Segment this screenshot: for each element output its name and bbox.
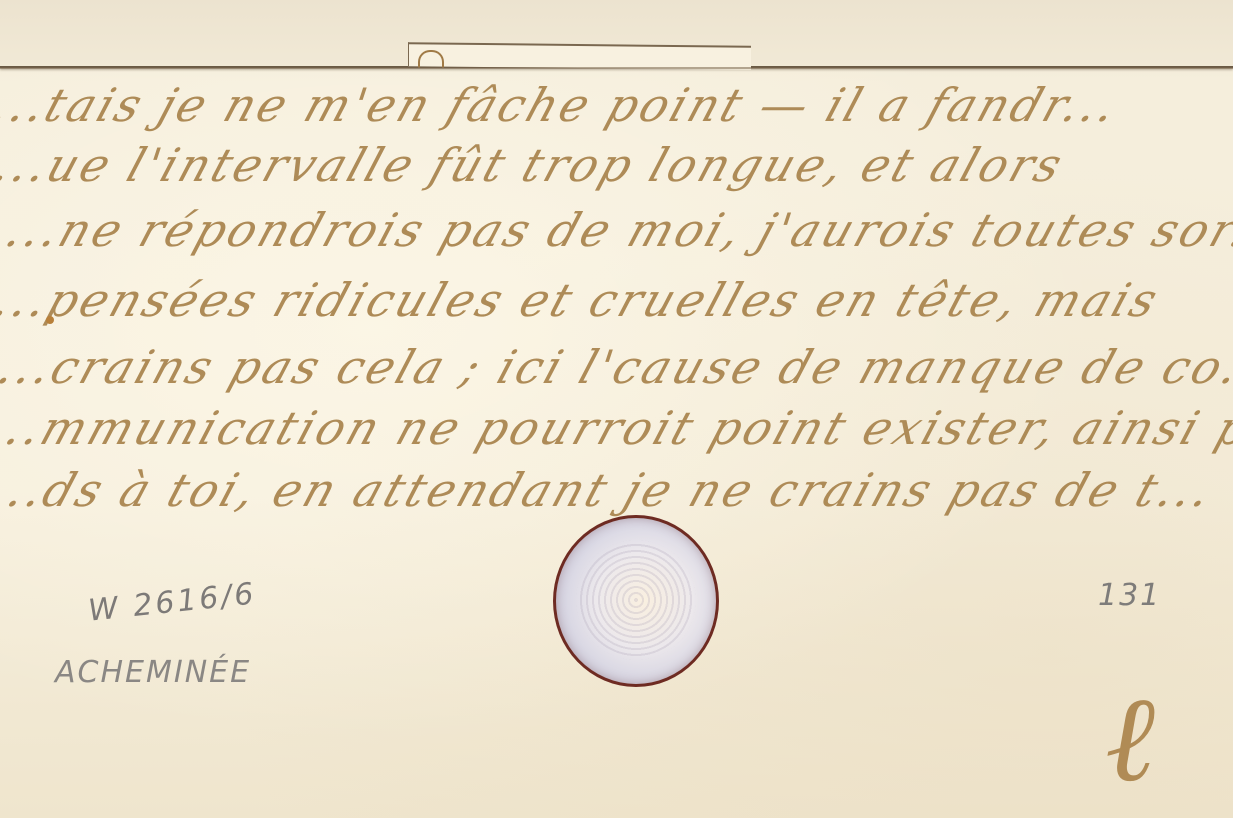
folio-number: 131 (1098, 578, 1161, 613)
letter-line-5: ...crains pas cela ; ici l'cause de manq… (0, 340, 1233, 394)
letter-line-7: ...ds à toi, en attendant je ne crains p… (0, 463, 1221, 517)
folded-flap (408, 42, 751, 70)
wax-seal (553, 515, 719, 687)
letter-line-1: ...tais je ne m'en fâche point — il a fa… (0, 78, 1126, 132)
letter-line-4: ...pensées ridicules et cruelles en tête… (0, 273, 1167, 327)
letter-line-3: ...ne répondrois pas de moi, j'aurois to… (0, 203, 1233, 257)
letter-line-6: ...mmunication ne pourroit point exister… (0, 401, 1233, 455)
ink-arc-on-flap (418, 50, 444, 68)
letter-line-2: ...ue l'intervalle fût trop longue, et a… (0, 138, 1072, 192)
archive-reference: W 2616/6 (87, 576, 258, 628)
seal-texture (576, 540, 696, 660)
archive-label: ACHEMINÉE (55, 655, 251, 690)
ink-flourish: ℓ (1105, 680, 1155, 800)
fold-line (0, 67, 1233, 69)
ink-spot (46, 316, 54, 324)
manuscript-page: ...tais je ne m'en fâche point — il a fa… (0, 0, 1233, 818)
